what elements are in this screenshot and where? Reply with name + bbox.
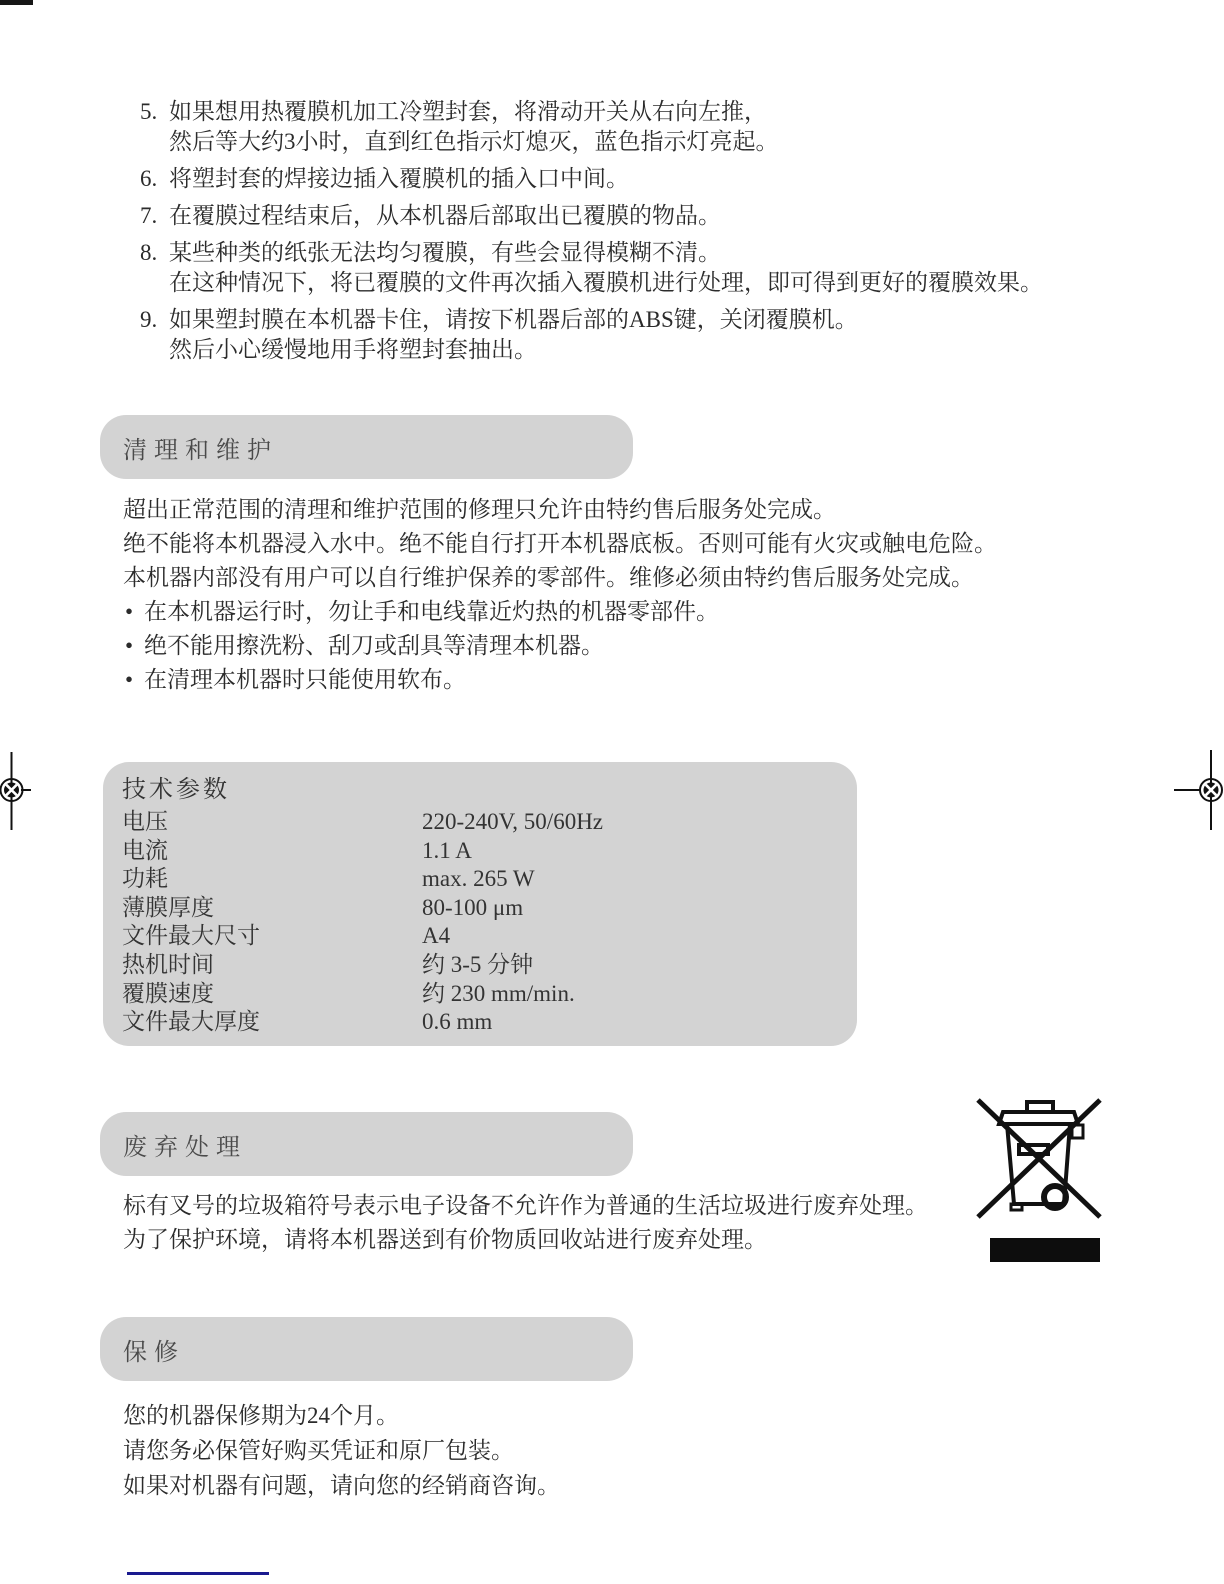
disposal-paragraphs: 标有叉号的垃圾箱符号表示电子设备不允许作为普通的生活垃圾进行废弃处理。 为了保护… <box>123 1189 928 1257</box>
section-header-disposal: 废弃处理 <box>100 1112 633 1176</box>
bullet-icon: • <box>125 663 144 697</box>
bullet-item: •绝不能用擦洗粉、刮刀或刮具等清理本机器。 <box>123 629 997 663</box>
crop-mark-left-icon <box>0 752 34 832</box>
paragraph: 请您务必保管好购买凭证和原厂包装。 <box>123 1433 560 1468</box>
bullet-icon: • <box>125 629 144 663</box>
section-title: 废弃处理 <box>123 1127 247 1162</box>
crop-mark-right-icon <box>1174 750 1224 832</box>
section-title: 保修 <box>123 1332 185 1367</box>
step-number: 9. <box>140 305 169 365</box>
step-item-7: 7. 在覆膜过程结束后，从本机器后部取出已覆膜的物品。 <box>140 201 1150 231</box>
paragraph: 本机器内部没有用户可以自行维护保养的零部件。维修必须由特约售后服务处完成。 <box>123 561 997 595</box>
step-item-6: 6. 将塑封套的焊接边插入覆膜机的插入口中间。 <box>140 164 1150 194</box>
paragraph: 标有叉号的垃圾箱符号表示电子设备不允许作为普通的生活垃圾进行废弃处理。 <box>123 1189 928 1223</box>
step-text: 在覆膜过程结束后，从本机器后部取出已覆膜的物品。 <box>169 201 721 231</box>
step-item-8: 8. 某些种类的纸张无法均匀覆膜，有些会显得模糊不清。 在这种情况下，将已覆膜的… <box>140 238 1150 298</box>
step-text: 某些种类的纸张无法均匀覆膜，有些会显得模糊不清。 在这种情况下，将已覆膜的文件再… <box>169 238 1043 298</box>
step-item-9: 9. 如果塑封膜在本机器卡住，请按下机器后部的ABS键，关闭覆膜机。 然后小心缓… <box>140 305 1150 365</box>
section-header-cleaning: 清理和维护 <box>100 415 633 479</box>
bullet-item: •在本机器运行时，勿让手和电线靠近灼热的机器零部件。 <box>123 595 997 629</box>
cleaning-paragraphs: 超出正常范围的清理和维护范围的修理只允许由特约售后服务处完成。 绝不能将本机器浸… <box>123 493 997 697</box>
spec-row: 电流1.1 A <box>122 837 857 866</box>
corner-crop-bar <box>0 0 33 5</box>
spec-row: 热机时间约 3-5 分钟 <box>122 951 857 980</box>
step-number: 7. <box>140 201 169 231</box>
step-text: 如果想用热覆膜机加工冷塑封套，将滑动开关从右向左推， 然后等大约3小时，直到红色… <box>169 97 779 157</box>
spec-row: 文件最大厚度0.6 mm <box>122 1008 857 1037</box>
step-text: 如果塑封膜在本机器卡住，请按下机器后部的ABS键，关闭覆膜机。 然后小心缓慢地用… <box>169 305 858 365</box>
instruction-steps: 5. 如果想用热覆膜机加工冷塑封套，将滑动开关从右向左推， 然后等大约3小时，直… <box>140 97 1150 372</box>
bullet-item: •在清理本机器时只能使用软布。 <box>123 663 997 697</box>
step-number: 6. <box>140 164 169 194</box>
section-header-warranty: 保修 <box>100 1317 633 1381</box>
spec-title: 技术参数 <box>122 775 857 805</box>
spec-row: 功耗max. 265 W <box>122 865 857 894</box>
spec-panel: 技术参数 电压220-240V, 50/60Hz 电流1.1 A 功耗max. … <box>103 762 857 1046</box>
step-number: 5. <box>140 97 169 157</box>
paragraph: 绝不能将本机器浸入水中。绝不能自行打开本机器底板。否则可能有火灾或触电危险。 <box>123 527 997 561</box>
paragraph: 您的机器保修期为24个月。 <box>123 1398 560 1433</box>
footer-rule <box>127 1572 269 1575</box>
step-number: 8. <box>140 238 169 298</box>
spec-row: 覆膜速度约 230 mm/min. <box>122 980 857 1009</box>
spec-row: 电压220-240V, 50/60Hz <box>122 808 857 837</box>
spec-rows: 电压220-240V, 50/60Hz 电流1.1 A 功耗max. 265 W… <box>122 808 857 1037</box>
spec-row: 文件最大尺寸A4 <box>122 922 857 951</box>
paragraph: 超出正常范围的清理和维护范围的修理只允许由特约售后服务处完成。 <box>123 493 997 527</box>
weee-crossed-bin-icon <box>975 1085 1110 1265</box>
bullet-icon: • <box>125 595 144 629</box>
spec-row: 薄膜厚度80-100 μm <box>122 894 857 923</box>
section-title: 清理和维护 <box>123 430 278 465</box>
step-text: 将塑封套的焊接边插入覆膜机的插入口中间。 <box>169 164 629 194</box>
paragraph: 为了保护环境，请将本机器送到有价物质回收站进行废弃处理。 <box>123 1223 928 1257</box>
step-item-5: 5. 如果想用热覆膜机加工冷塑封套，将滑动开关从右向左推， 然后等大约3小时，直… <box>140 97 1150 157</box>
warranty-paragraphs: 您的机器保修期为24个月。 请您务必保管好购买凭证和原厂包装。 如果对机器有问题… <box>123 1398 560 1503</box>
paragraph: 如果对机器有问题，请向您的经销商咨询。 <box>123 1468 560 1503</box>
